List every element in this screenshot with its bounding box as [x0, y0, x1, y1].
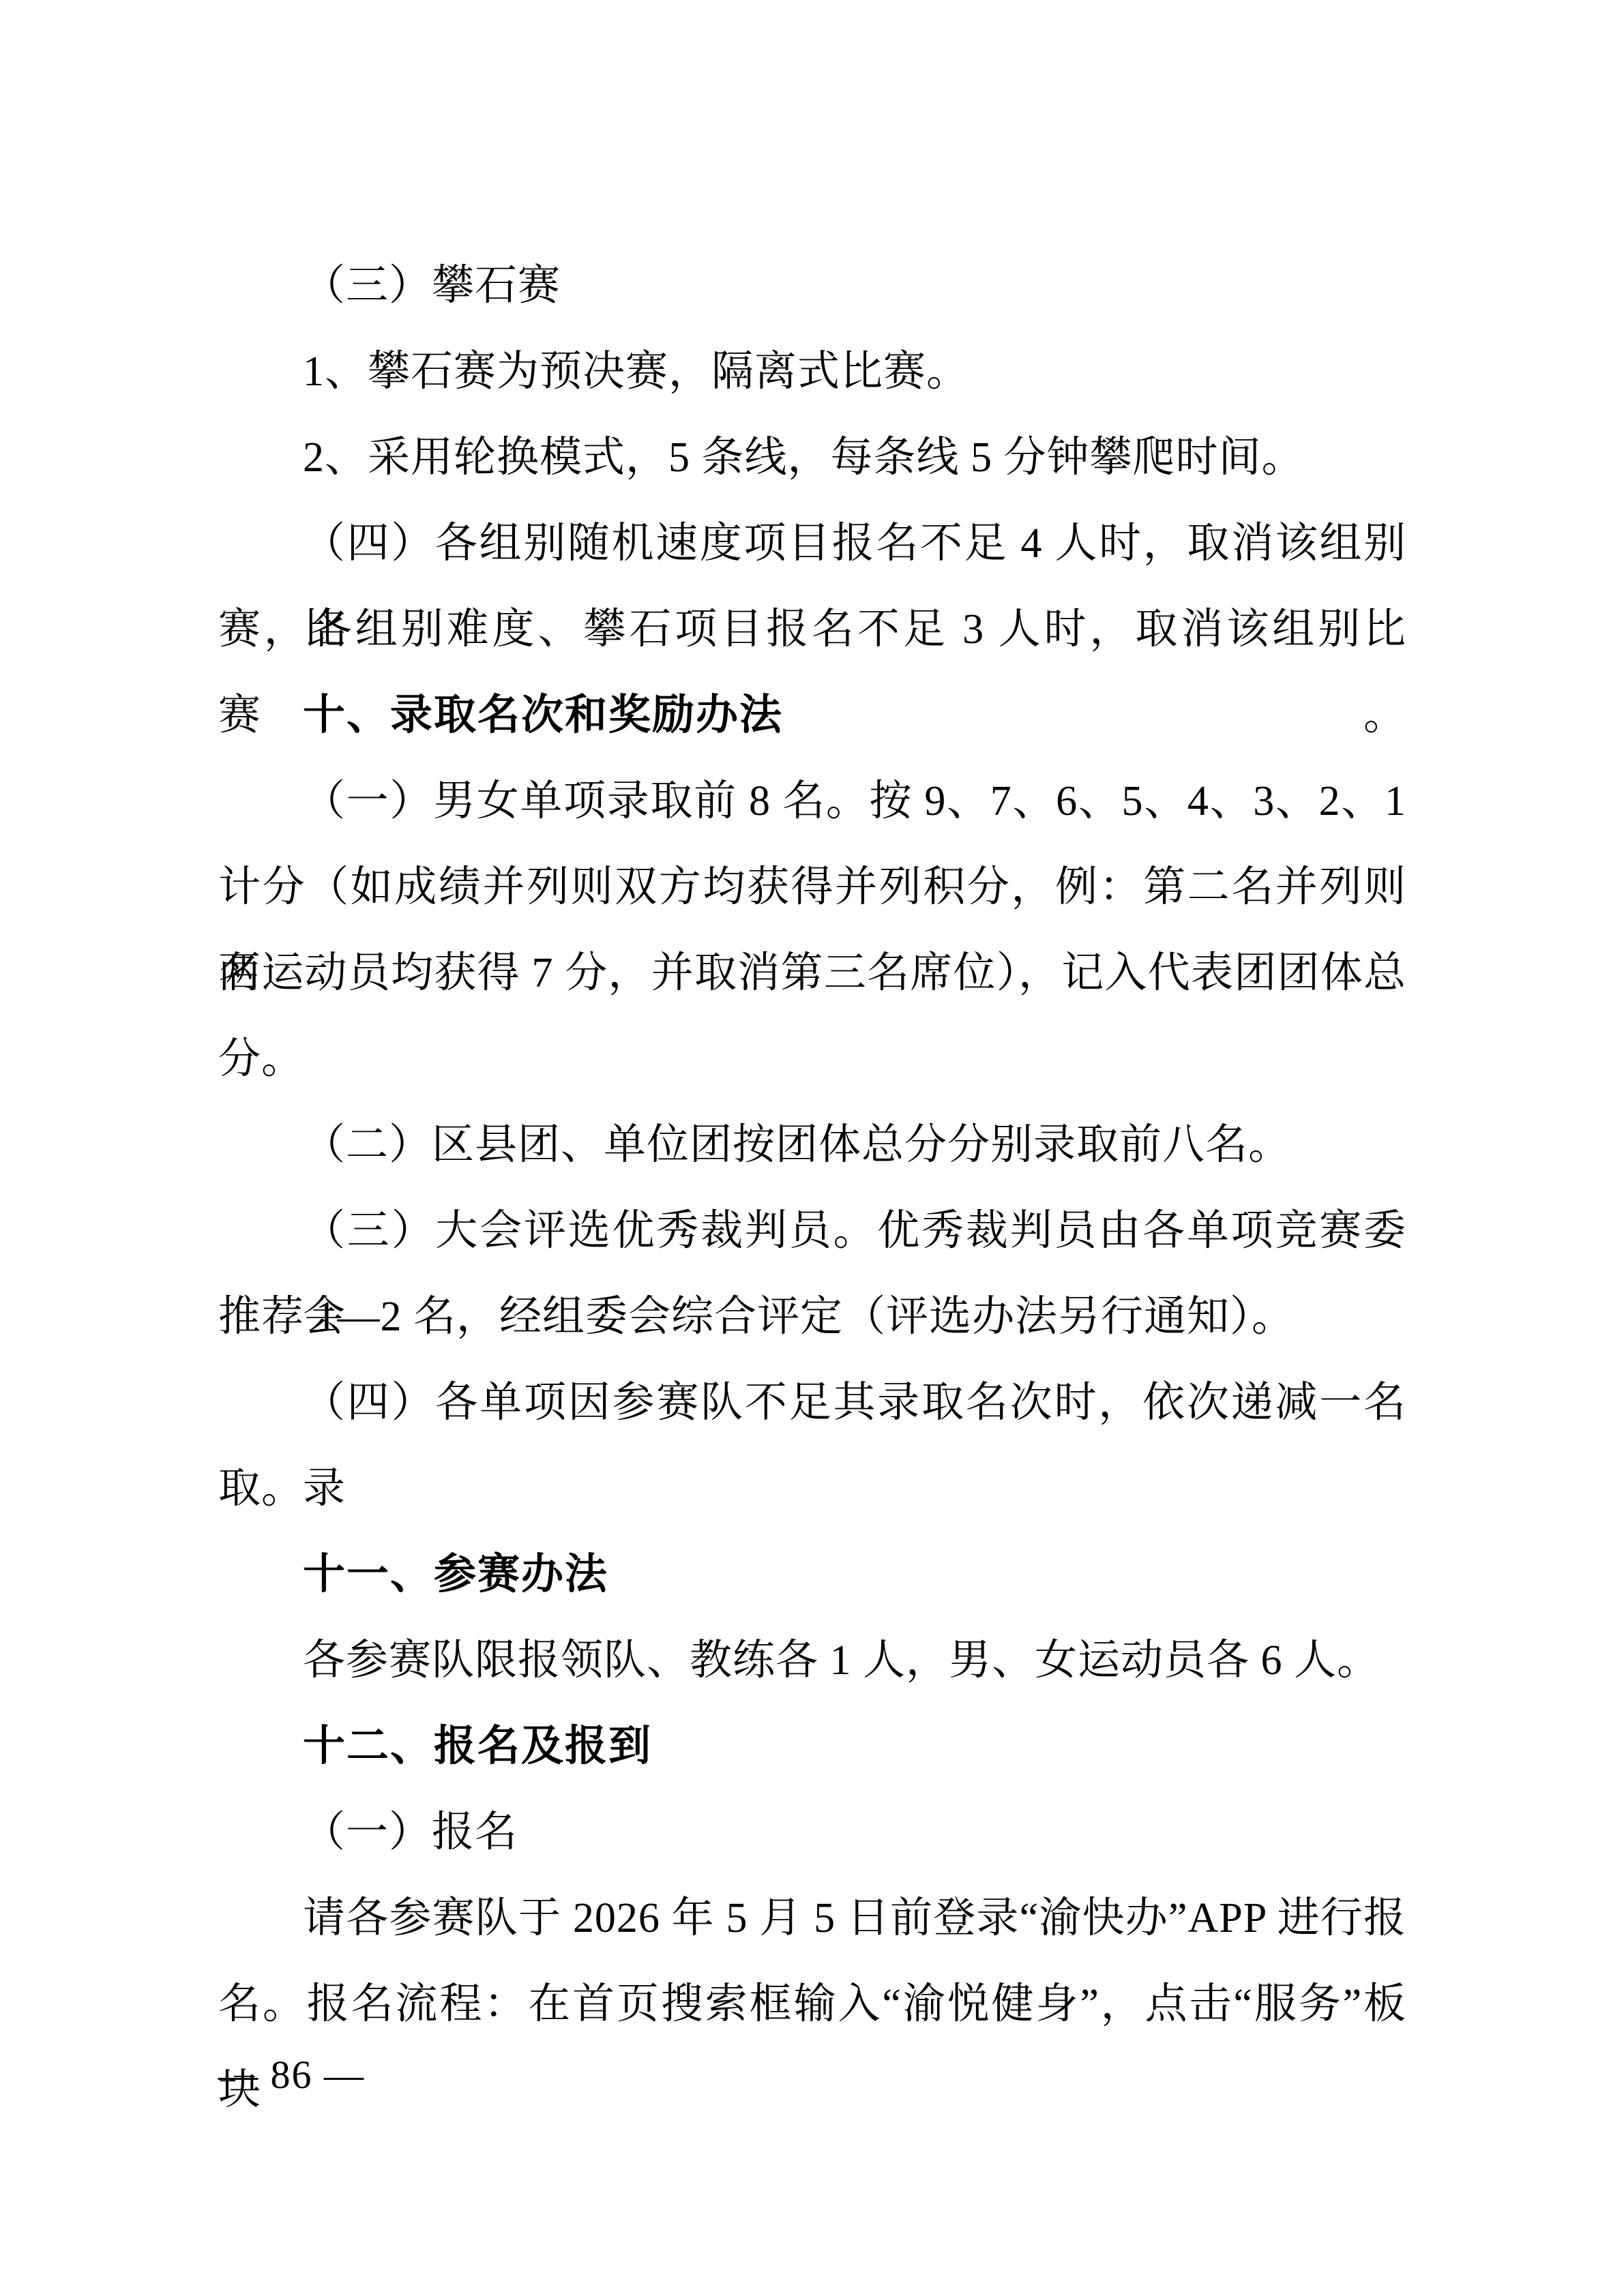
- text-line: （三）攀石赛: [218, 243, 1406, 329]
- text-line: 请各参赛队于 2026 年 5 月 5 日前登录“渝快办”APP 进行报: [218, 1875, 1406, 1961]
- text-line: 名运动员均获得 7 分，并取消第三名席位），记入代表团团体总: [218, 930, 1406, 1016]
- section-heading: 十二、报名及报到: [218, 1703, 1406, 1789]
- text-line: （三）大会评选优秀裁判员。优秀裁判员由各单项竞赛委会: [218, 1188, 1406, 1274]
- page-number: — 86 —: [218, 2032, 365, 2118]
- text-line: 名。报名流程：在首页搜索框输入“渝悦健身”，点击“服务”板块: [218, 1961, 1406, 2047]
- section-heading: 十一、参赛办法: [218, 1532, 1406, 1617]
- text-line: 分。: [218, 1016, 1406, 1102]
- text-line: （一）男女单项录取前 8 名。按 9、7、6、5、4、3、2、1: [218, 758, 1406, 844]
- text-line: 计分（如成绩并列则双方均获得并列积分，例：第二名并列则两: [218, 844, 1406, 930]
- text-line: （一）报名: [218, 1789, 1406, 1875]
- text-line: 推荐 1—2 名，经组委会综合评定（评选办法另行通知）。: [218, 1274, 1406, 1360]
- text-line: 2、采用轮换模式，5 条线，每条线 5 分钟攀爬时间。: [218, 415, 1406, 501]
- text-line: 取。: [218, 1446, 1406, 1532]
- text-line: （四）各组别随机速度项目报名不足 4 人时，取消该组别比: [218, 501, 1406, 586]
- text-line: 赛，各组别难度、攀石项目报名不足 3 人时，取消该组别比赛。: [218, 586, 1406, 672]
- text-line: 各参赛队限报领队、教练各 1 人，男、女运动员各 6 人。: [218, 1617, 1406, 1703]
- text-line: 1、攀石赛为预决赛，隔离式比赛。: [218, 329, 1406, 415]
- text-line: （二）区县团、单位团按团体总分分别录取前八名。: [218, 1102, 1406, 1188]
- document-page: （三）攀石赛 1、攀石赛为预决赛，隔离式比赛。 2、采用轮换模式，5 条线，每条…: [218, 243, 1406, 2047]
- text-line: （四）各单项因参赛队不足其录取名次时，依次递减一名录: [218, 1360, 1406, 1446]
